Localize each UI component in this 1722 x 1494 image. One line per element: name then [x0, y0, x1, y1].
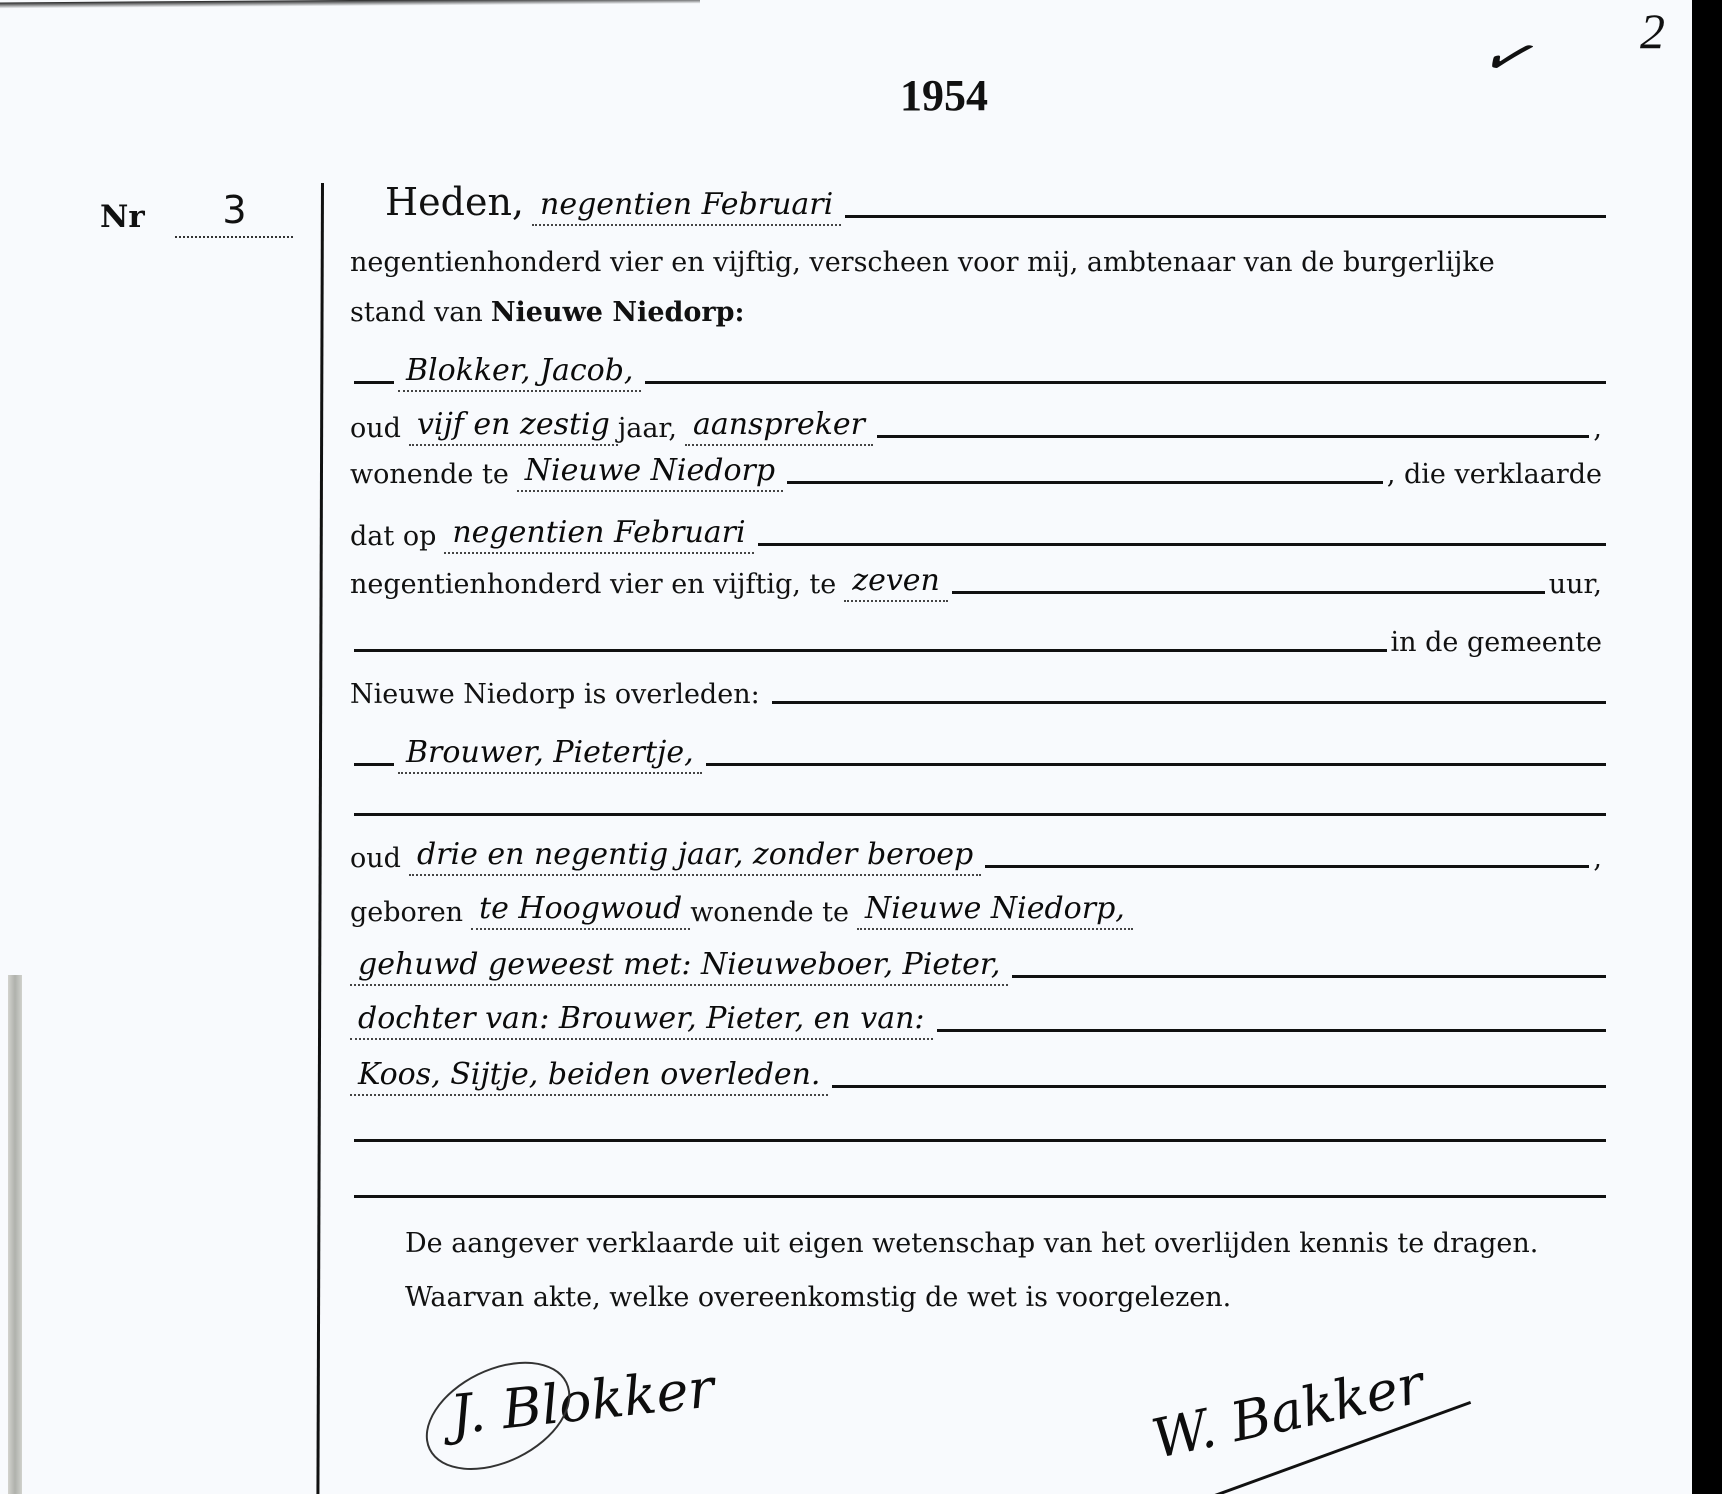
form-line: Brouwer, Pietertje, [350, 734, 1610, 774]
form-line: ouddrie en negentig jaar, zonder beroep, [350, 836, 1610, 876]
printed-text: Nieuwe Niedorp: [491, 297, 745, 330]
handwritten-entry: dochter van: Brouwer, Pieter, en van: [350, 1001, 933, 1040]
printed-text: stand van [350, 297, 483, 330]
form-line: oudvijf en zestigjaar,aanspreker, [350, 406, 1610, 446]
blank-rule [985, 865, 1589, 868]
handwritten-entry: aanspreker [685, 407, 873, 446]
form-line: dochter van: Brouwer, Pieter, en van: [350, 1000, 1610, 1040]
record-number-label: Nr [100, 199, 145, 235]
blank-rule [354, 381, 394, 384]
signature-declarant: J. Blokker [447, 1356, 717, 1446]
printed-text: geboren [350, 897, 463, 930]
form-line: Heden,negentien Februari [385, 186, 1610, 226]
handwritten-entry: negentien Februari [444, 515, 753, 554]
printed-text: oud [350, 843, 401, 876]
form-line: dat opnegentien Februari [350, 514, 1610, 554]
page-number: 2 [1640, 2, 1665, 60]
form-line [350, 1110, 1610, 1150]
handwritten-entry: Blokker, Jacob, [398, 353, 641, 392]
form-line [350, 784, 1610, 824]
form-line: in de gemeente [350, 620, 1610, 660]
form-line: gehuwd geweest met: Nieuweboer, Pieter, [350, 946, 1610, 986]
blank-rule [758, 543, 1606, 546]
blank-rule [787, 481, 1383, 484]
form-line: stand van Nieuwe Niedorp: [350, 290, 1610, 330]
form-line: Nieuwe Niedorp is overleden: [350, 672, 1610, 712]
blank-rule [645, 381, 1606, 384]
blank-rule [937, 1029, 1606, 1032]
form-line: Blokker, Jacob, [350, 352, 1610, 392]
handwritten-entry: Koos, Sijtje, beiden overleden. [350, 1057, 828, 1096]
certificate-page: 1954 ✓ 2 Nr 3 Heden,negentien Februarine… [0, 0, 1692, 1494]
blank-rule [845, 215, 1606, 218]
blank-rule [354, 813, 1606, 816]
margin-rule [316, 183, 324, 1494]
scan-edge-shadow [0, 0, 700, 8]
blank-rule [706, 763, 1606, 766]
form-line: geborente Hoogwoud wonende teNieuwe Nied… [350, 890, 1610, 930]
handwritten-entry: gehuwd geweest met: Nieuweboer, Pieter, [350, 947, 1008, 986]
handwritten-entry: vijf en zestig [409, 407, 618, 446]
printed-text: wonende te [690, 897, 849, 930]
record-number: Nr 3 [100, 192, 293, 238]
handwritten-entry: Nieuwe Niedorp, [857, 891, 1133, 930]
blank-rule [832, 1085, 1606, 1088]
blank-rule [1012, 975, 1606, 978]
blank-rule [877, 435, 1589, 438]
record-number-field: 3 [175, 192, 293, 238]
handwritten-entry: negentien Februari [532, 187, 841, 226]
blank-rule [354, 1139, 1606, 1142]
handwritten-entry: drie en negentig jaar, zonder beroep [409, 837, 981, 876]
blank-rule [354, 649, 1387, 652]
form-line: negentienhonderd vier en vijftig, versch… [350, 240, 1610, 280]
handwritten-entry: zeven [844, 563, 948, 602]
printed-text: Nieuwe Niedorp is overleden: [350, 679, 760, 712]
signature-registrar: W. Bakker [1146, 1352, 1429, 1471]
handwritten-entry: Brouwer, Pietertje, [398, 735, 702, 774]
printed-text: jaar, [618, 413, 677, 446]
form-line: negentienhonderd vier en vijftig, tezeve… [350, 562, 1610, 602]
printed-text: , [1593, 843, 1602, 876]
blank-rule [772, 701, 1606, 704]
printed-text: negentienhonderd vier en vijftig, versch… [350, 247, 1495, 280]
printed-text: , die verklaarde [1387, 459, 1602, 492]
printed-text: , [1593, 413, 1602, 446]
printed-text: in de gemeente [1391, 627, 1603, 660]
record-year: 1954 [900, 70, 988, 121]
check-mark-icon: ✓ [1474, 17, 1539, 95]
form-line [350, 1166, 1610, 1206]
printed-text: negentienhonderd vier en vijftig, te [350, 569, 836, 602]
closing-attestation: Waarvan akte, welke overeenkomstig de we… [405, 1282, 1231, 1313]
blank-rule [354, 1195, 1606, 1198]
blank-rule [952, 591, 1545, 594]
printed-text: dat op [350, 521, 436, 554]
handwritten-entry: Nieuwe Niedorp [517, 453, 783, 492]
handwritten-entry: te Hoogwoud [471, 891, 690, 930]
binding-edge [8, 975, 22, 1494]
form-line: wonende teNieuwe Niedorp, die verklaarde [350, 452, 1610, 492]
printed-text: wonende te [350, 459, 509, 492]
printed-text: oud [350, 413, 401, 446]
blank-rule [354, 763, 394, 766]
printed-text: Heden, [385, 180, 524, 226]
form-line: Koos, Sijtje, beiden overleden. [350, 1056, 1610, 1096]
closing-statement: De aangever verklaarde uit eigen wetensc… [405, 1228, 1538, 1259]
record-number-value: 3 [222, 188, 246, 232]
printed-text: uur, [1549, 569, 1602, 602]
